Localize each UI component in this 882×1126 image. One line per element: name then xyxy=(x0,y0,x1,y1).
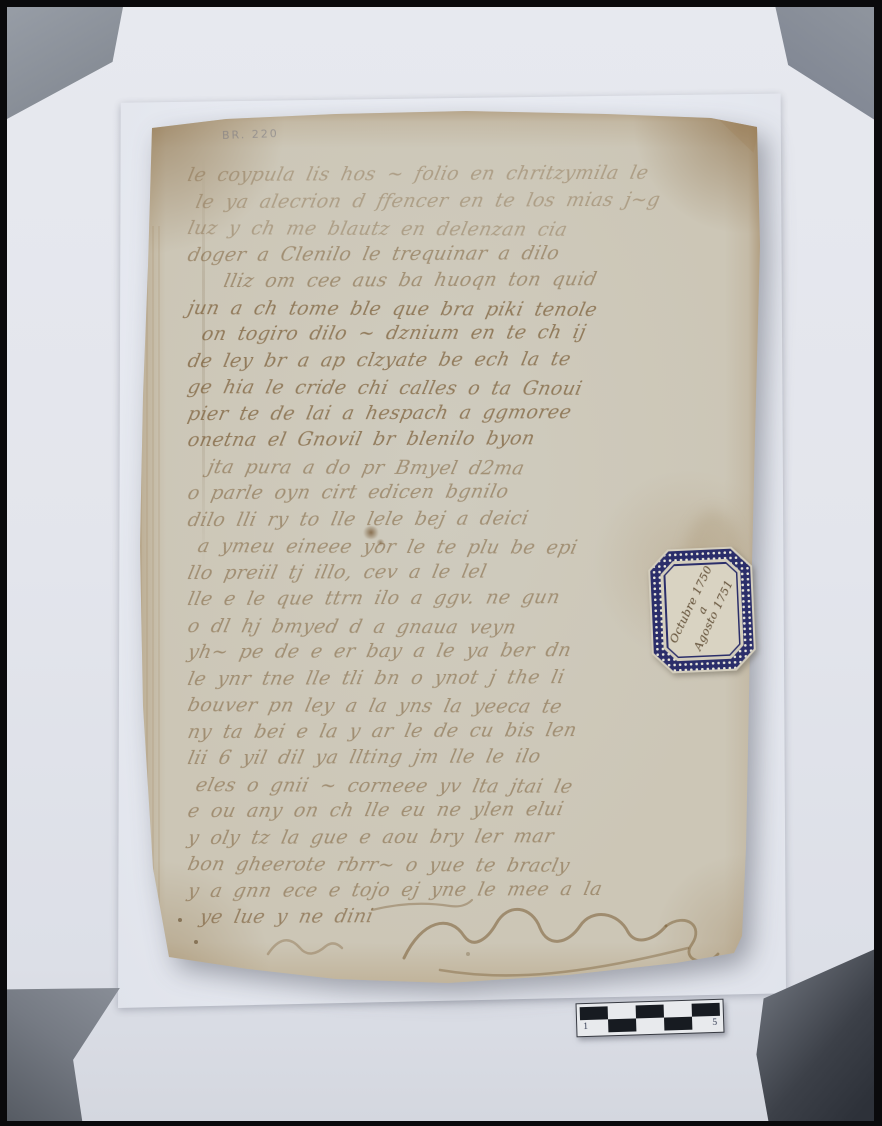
handwriting-line: de ley br a ap clzyate be ech la te xyxy=(185,345,751,374)
page-dogear-fold xyxy=(714,115,760,153)
handwriting-line: lliz om cee aus ba huoqn ton quid xyxy=(221,265,751,294)
scale-bar-cell xyxy=(664,1017,692,1031)
handwriting-line: dilo lli ry to lle lele bej a deici xyxy=(185,504,751,533)
scale-bar-cell xyxy=(664,1004,692,1018)
handwriting-line: doger a Clenilo le trequinar a dilo xyxy=(185,239,751,268)
label-center: Octubre 1750 a Agosto 1751 xyxy=(665,563,740,657)
scale-number-right: 5 xyxy=(712,1018,717,1029)
manuscript-page: BR. 220 le coypula lis hos ~ folio en ch… xyxy=(136,106,762,988)
paper-speck xyxy=(178,918,182,922)
scale-bar-cell xyxy=(580,1006,608,1020)
handwriting-line: y oly tz la gue e aou bry ler mar xyxy=(185,822,751,851)
scale-bar-grid: 15 xyxy=(580,1003,721,1033)
scale-bar-cell xyxy=(636,1018,664,1032)
handwriting-line: on togiro dilo ~ dznium en te ch ij xyxy=(199,318,751,347)
scale-bar-cell xyxy=(636,1005,664,1019)
handwriting-line: lii 6 yil dil ya llting jm lle le ilo xyxy=(185,742,751,771)
scale-bar-cell: 1 xyxy=(580,1019,608,1033)
scale-bar-cell xyxy=(608,1018,636,1032)
scale-bar-cell xyxy=(608,1005,636,1019)
page-edge-striations xyxy=(140,226,160,956)
handwriting-line: ny ta bei e la y ar le de cu bis len xyxy=(185,716,751,745)
ink-blot xyxy=(362,526,380,539)
scale-bar-cell xyxy=(692,1003,720,1017)
handwriting-line: le ya alecrion d ffencer en te los mias … xyxy=(193,186,751,215)
photo-scene: BR. 220 le coypula lis hos ~ folio en ch… xyxy=(0,0,882,1126)
ink-blot-small xyxy=(376,539,385,546)
pencil-note: BR. 220 xyxy=(222,127,279,142)
scale-bar-frame: 15 xyxy=(576,999,725,1038)
scale-bar: 15 xyxy=(576,999,725,1038)
handwriting-line: o parle oyn cirt edicen bgnilo xyxy=(185,477,751,506)
label-text: Octubre 1750 a Agosto 1751 xyxy=(667,564,737,656)
signature-flourish xyxy=(254,896,754,988)
manuscript-paper: BR. 220 le coypula lis hos ~ folio en ch… xyxy=(136,106,762,988)
handwriting-line: e ou any on ch lle eu ne ylen elui xyxy=(185,795,751,824)
paper-speck xyxy=(194,940,198,944)
handwriting-line: onetna el Gnovil br blenilo byon xyxy=(185,424,751,453)
handwriting-line: le coypula lis hos ~ folio en chritzymil… xyxy=(185,159,751,188)
scale-bar-cell: 5 xyxy=(692,1016,720,1030)
scale-number-left: 1 xyxy=(583,1022,588,1033)
paper-speck xyxy=(466,952,470,956)
handwriting-block: le coypula lis hos ~ folio en chritzymil… xyxy=(188,162,748,931)
archive-label: Octubre 1750 a Agosto 1751 xyxy=(647,546,756,674)
handwriting-line: pier te de lai a hespach a ggmoree xyxy=(185,398,751,427)
